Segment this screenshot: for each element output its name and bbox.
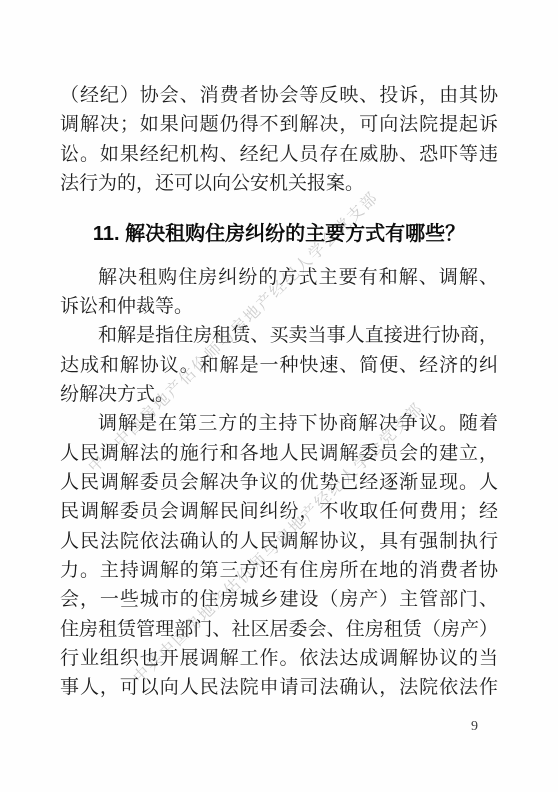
page-number: 9 bbox=[471, 719, 478, 735]
text-line: 调解是在第三方的主持下协商解决争议。随着 bbox=[60, 409, 498, 438]
text-line: 纷解决方式。 bbox=[60, 380, 498, 409]
text-line: 人民法院依法确认的人民调解协议，具有强制执行 bbox=[60, 527, 498, 556]
text-line: 和解是指住房租赁、买卖当事人直接进行协商， bbox=[60, 321, 498, 350]
text-line: 人民调解法的施行和各地人民调解委员会的建立， bbox=[60, 439, 498, 468]
text-line: 诉讼和仲裁等。 bbox=[60, 292, 498, 321]
text-line: 达成和解协议。和解是一种快速、简便、经济的纠 bbox=[60, 351, 498, 380]
text-line: 行业组织也开展调解工作。依法达成调解协议的当 bbox=[60, 644, 498, 673]
document-page: 中共中国房地产估价师与房地产经纪人学会党支部 中共中国房地产估价师与房地产经纪人… bbox=[0, 0, 558, 792]
text-line: 民调解委员会调解民间纠纷，不收取任何费用；经 bbox=[60, 497, 498, 526]
text-line: 事人，可以向人民法院申请司法确认，法院依法作 bbox=[60, 673, 498, 702]
text-line: 解决租购住房纠纷的方式主要有和解、调解、 bbox=[60, 263, 498, 292]
text-line: 调解决；如果问题仍得不到解决，可向法院提起诉 bbox=[60, 110, 498, 139]
text-line: 法行为的，还可以向公安机关报案。 bbox=[60, 169, 498, 198]
section-heading: 11. 解决租购住房纠纷的主要方式有哪些？ bbox=[60, 220, 498, 249]
text-line: 力。主持调解的第三方还有住房所在地的消费者协 bbox=[60, 556, 498, 585]
text-block: （经纪）协会、消费者协会等反映、投诉，由其协调解决；如果问题仍得不到解决，可向法… bbox=[60, 81, 498, 703]
text-line: 人民调解委员会解决争议的优势已经逐渐显现。人 bbox=[60, 468, 498, 497]
text-line: 讼。如果经纪机构、经纪人员存在威胁、恐吓等违 bbox=[60, 140, 498, 169]
text-line: （经纪）协会、消费者协会等反映、投诉，由其协 bbox=[60, 81, 498, 110]
text-line: 会，一些城市的住房城乡建设（房产）主管部门、 bbox=[60, 585, 498, 614]
text-line: 住房租赁管理部门、社区居委会、住房租赁（房产） bbox=[60, 615, 498, 644]
